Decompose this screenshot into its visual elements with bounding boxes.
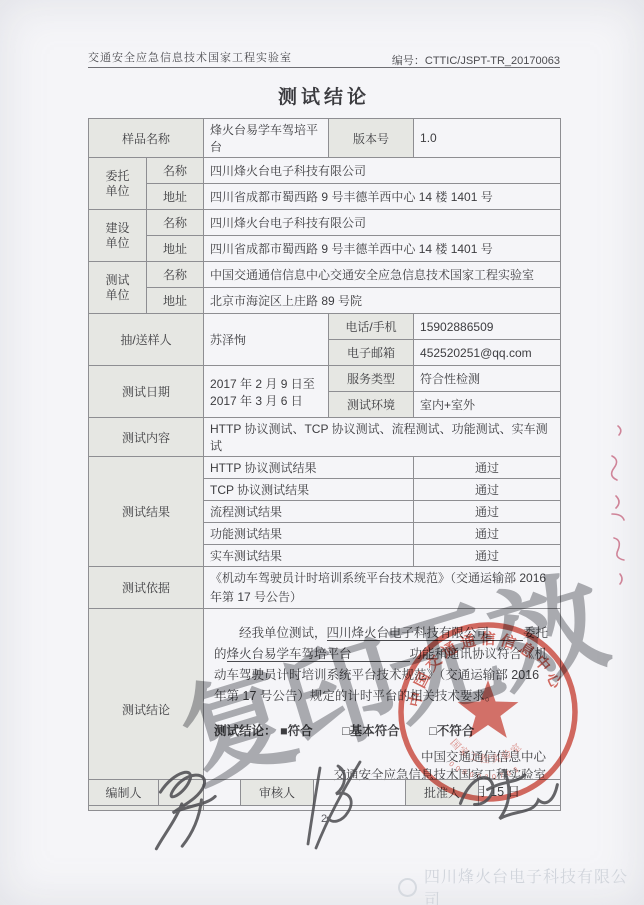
service-type-label: 服务类型 <box>329 366 414 392</box>
test-basis-label: 测试依据 <box>89 567 204 609</box>
client-addr-label: 地址 <box>147 184 204 210</box>
test-date-line1: 2017 年 2 月 9 日至 <box>210 375 322 392</box>
red-margin-annotations <box>598 418 640 588</box>
result-value: 通过 <box>414 457 561 479</box>
tester-addr-value: 北京市海淀区上庄路 89 号院 <box>204 288 561 314</box>
footer-company-name: 四川烽火台电子科技有限公司 <box>424 864 644 905</box>
date-service-row: 测试日期 2017 年 2 月 9 日至 2017 年 3 月 6 日 服务类型… <box>89 366 561 392</box>
footer-brand: 四川烽火台电子科技有限公司 <box>398 864 644 905</box>
client-addr-row: 地址 四川省成都市蜀西路 9 号丰德羊西中心 14 楼 1401 号 <box>89 184 561 210</box>
builder-unit-label: 建设 单位 <box>89 210 147 262</box>
email-value: 452520251@qq.com <box>414 340 561 366</box>
company-logo-icon <box>398 878 417 897</box>
tester-unit-label: 测试 单位 <box>89 262 147 314</box>
client-addr-value: 四川省成都市蜀西路 9 号丰德羊西中心 14 楼 1401 号 <box>204 184 561 210</box>
sample-name-value: 烽火台易学车驾培平台 <box>204 119 329 158</box>
sampler-label: 抽/送样人 <box>89 314 204 366</box>
doc-number: 编号：CTTIC/JSPT-TR_20170063 <box>392 52 560 68</box>
verdict-option-label: 符合 <box>288 724 313 738</box>
test-content-label: 测试内容 <box>89 418 204 457</box>
test-basis-value: 《机动车驾驶员计时培训系统平台技术规范》（交通运输部 2016 年第 17 号公… <box>204 567 561 609</box>
email-label: 电子邮箱 <box>329 340 414 366</box>
tester-name-value: 中国交通通信信息中心交通安全应急信息技术国家工程实验室 <box>204 262 561 288</box>
checkbox-filled-icon: ■ <box>280 724 288 738</box>
tester-addr-row: 地址 北京市海淀区上庄路 89 号院 <box>89 288 561 314</box>
client-unit-label: 委托 单位 <box>89 158 147 210</box>
doc-number-value: CTTIC/JSPT-TR_20170063 <box>425 55 560 67</box>
result-name: 实车测试结果 <box>204 545 414 567</box>
verdict-label: 测试结论： <box>214 724 277 738</box>
result-value: 通过 <box>414 545 561 567</box>
test-env-label: 测试环境 <box>329 392 414 418</box>
scanned-test-report-page: 交通安全应急信息技术国家工程实验室 编号：CTTIC/JSPT-TR_20170… <box>0 0 644 905</box>
sampler-name: 苏泽恂 <box>204 314 329 366</box>
client-name-row: 委托 单位 名称 四川烽火台电子科技有限公司 <box>89 158 561 184</box>
conclusion-prefix: 经我单位测试， <box>239 626 327 640</box>
verdict-option-basic: □基本符合 <box>342 724 400 738</box>
version-value: 1.0 <box>414 119 561 158</box>
test-date-line2: 2017 年 3 月 6 日 <box>210 392 322 409</box>
tester-addr-label: 地址 <box>147 288 204 314</box>
result-value: 通过 <box>414 479 561 501</box>
sampler-phone-row: 抽/送样人 苏泽恂 电话/手机 15902886509 <box>89 314 561 340</box>
builder-name-label: 名称 <box>147 210 204 236</box>
result-value: 通过 <box>414 501 561 523</box>
builder-addr-value: 四川省成都市蜀西路 9 号丰德羊西中心 14 楼 1401 号 <box>204 236 561 262</box>
tester-name-row: 测试 单位 名称 中国交通通信信息中心交通安全应急信息技术国家工程实验室 <box>89 262 561 288</box>
phone-value: 15902886509 <box>414 314 561 340</box>
basis-row: 测试依据 《机动车驾驶员计时培训系统平台技术规范》（交通运输部 2016 年第 … <box>89 567 561 609</box>
builder-name-value: 四川烽火台电子科技有限公司 <box>204 210 561 236</box>
content-row: 测试内容 HTTP 协议测试、TCP 协议测试、流程测试、功能测试、实车测试 <box>89 418 561 457</box>
client-name-label: 名称 <box>147 158 204 184</box>
reviewer-signature <box>298 756 378 851</box>
tester-name-label: 名称 <box>147 262 204 288</box>
checkbox-empty-icon: □ <box>342 724 350 738</box>
seal-star-icon <box>458 680 519 738</box>
result-name: TCP 协议测试结果 <box>204 479 414 501</box>
phone-label: 电话/手机 <box>329 314 414 340</box>
doc-number-label: 编号： <box>392 55 425 67</box>
lab-name: 交通安全应急信息技术国家工程实验室 <box>88 49 292 68</box>
sample-name-label: 样品名称 <box>89 119 204 158</box>
approver-signature <box>450 754 570 837</box>
result-value: 通过 <box>414 523 561 545</box>
result-row: 测试结果 HTTP 协议测试结果 通过 <box>89 457 561 479</box>
builder-addr-row: 地址 四川省成都市蜀西路 9 号丰德羊西中心 14 楼 1401 号 <box>89 236 561 262</box>
preparer-signature <box>144 755 258 855</box>
page-header: 交通安全应急信息技术国家工程实验室 编号：CTTIC/JSPT-TR_20170… <box>88 49 560 68</box>
page-title: 测试结论 <box>88 82 560 109</box>
header-rule <box>88 67 560 68</box>
test-date-label: 测试日期 <box>89 366 204 418</box>
test-date-value: 2017 年 2 月 9 日至 2017 年 3 月 6 日 <box>204 366 329 418</box>
result-name: 流程测试结果 <box>204 501 414 523</box>
builder-name-row: 建设 单位 名称 四川烽火台电子科技有限公司 <box>89 210 561 236</box>
result-name: HTTP 协议测试结果 <box>204 457 414 479</box>
service-type-value: 符合性检测 <box>414 366 561 392</box>
test-results-label: 测试结果 <box>89 457 204 567</box>
conclusion-platform-underlined: 烽火台易学车驾培平台 <box>227 647 410 662</box>
client-name-value: 四川烽火台电子科技有限公司 <box>204 158 561 184</box>
result-name: 功能测试结果 <box>204 523 414 545</box>
version-label: 版本号 <box>329 119 414 158</box>
test-env-value: 室内+室外 <box>414 392 561 418</box>
builder-addr-label: 地址 <box>147 236 204 262</box>
sample-row: 样品名称 烽火台易学车驾培平台 版本号 1.0 <box>89 119 561 158</box>
verdict-option-conform: ■符合 <box>280 724 313 738</box>
test-content-value: HTTP 协议测试、TCP 协议测试、流程测试、功能测试、实车测试 <box>204 418 561 457</box>
